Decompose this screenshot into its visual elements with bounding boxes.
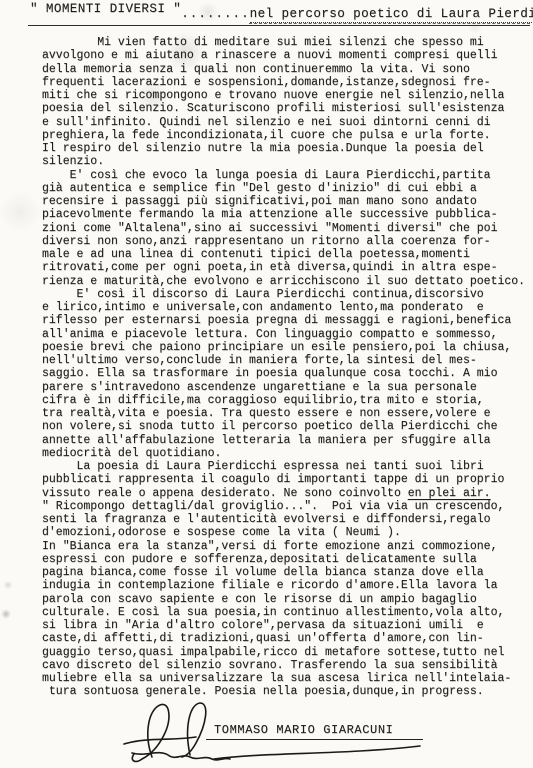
letter-header: " MOMENTI DIVERSI "........nel percorso … [30,2,533,18]
signature-block: TOMMASO MARIO GIARACUNI [118,697,458,765]
letter-title: " MOMENTI DIVERSI " [30,2,181,16]
paragraph-libri-rest: " Ricompongo dettagli/dal groviglio...".… [42,500,525,699]
letter-subtitle: nel percorso poetico di Laura Pierdicchi [250,7,533,23]
paragraph-libri-start: La poesia di Laura Pierdicchi espressa n… [42,460,525,487]
signature-typed-name: TOMMASO MARIO GIARACUNI [206,723,423,740]
plein-air-prefix: vissuto reale o appena desiderato. Ne so… [42,487,408,500]
paragraph-discorso: E' così il discorso di Laura Pierdicchi … [42,288,525,460]
paragraph-evoco: E' così che evoco la lunga poesia di Lau… [42,169,525,288]
paragraph-silenzi: Mi vien fatto di meditare sui miei silen… [42,36,525,169]
plein-air-underlined: en plei air. [408,487,491,500]
scanned-letter-page: " MOMENTI DIVERSI "........nel percorso … [0,0,533,768]
header-rule [28,25,530,26]
letter-body: Mi vien fatto di meditare sui miei silen… [42,36,525,699]
plein-air-line: vissuto reale o appena desiderato. Ne so… [42,487,525,500]
dotted-leader: ........ [181,7,249,21]
